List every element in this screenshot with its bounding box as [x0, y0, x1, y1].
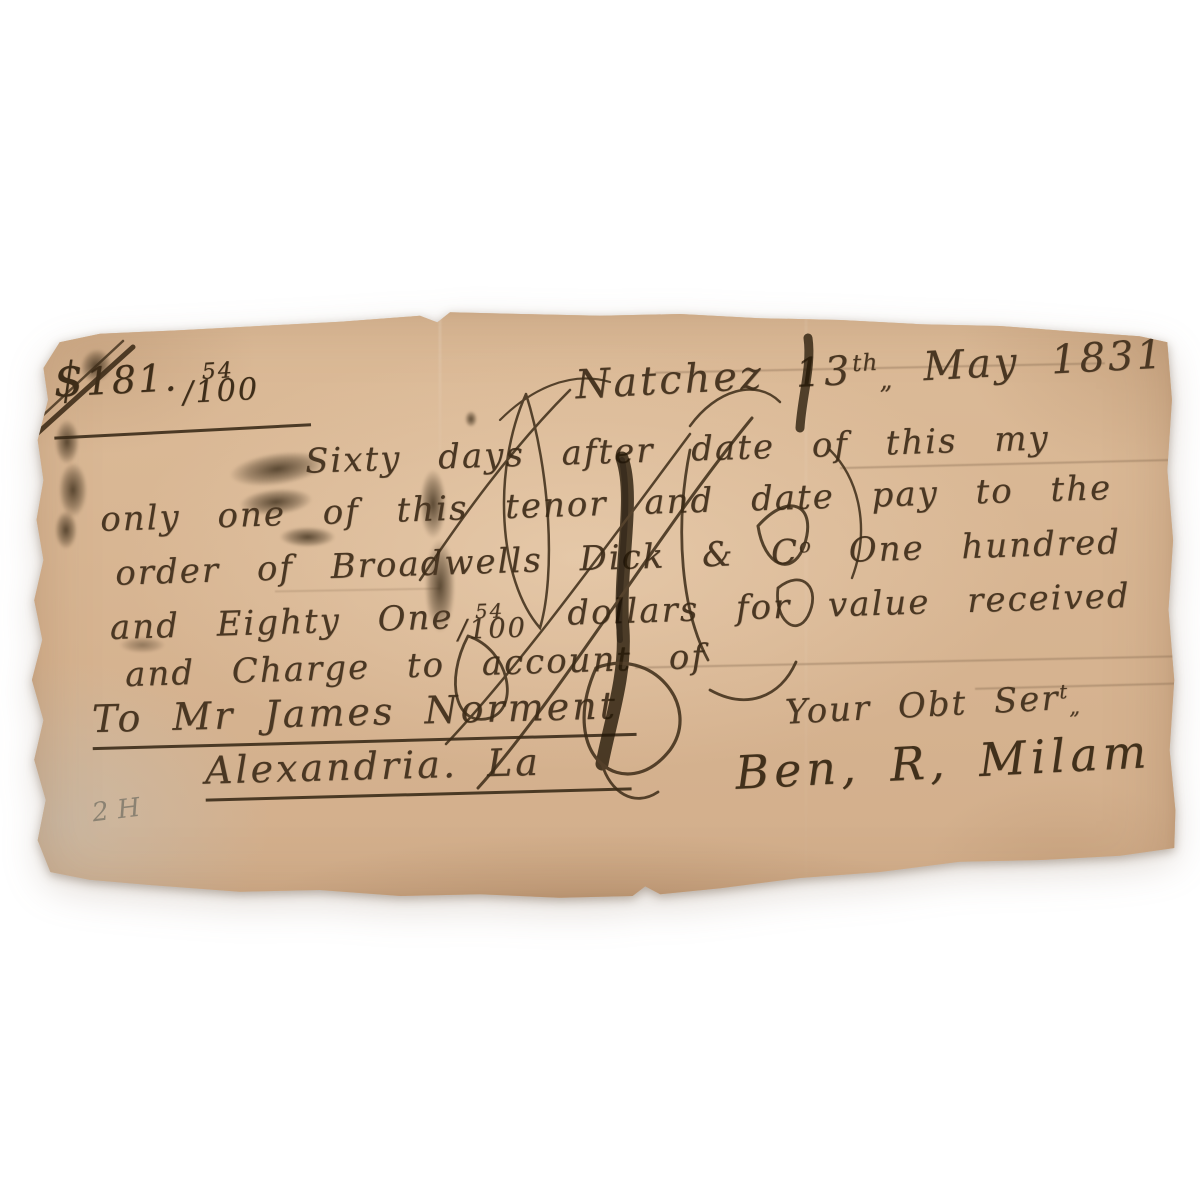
amount-dollars: 181.	[85, 355, 180, 404]
closing-mark: „	[1068, 694, 1080, 720]
amount-fraction: 54/100	[182, 361, 260, 406]
amount-line: $181.54/100	[50, 340, 311, 439]
ink-smudge	[59, 463, 87, 517]
scanned-document-canvas: $181.54/100 Natchez 13th„ May 1831 Sixty…	[0, 0, 1200, 1200]
paper-wrapper: $181.54/100 Natchez 13th„ May 1831 Sixty…	[25, 305, 1180, 905]
currency-symbol: $	[52, 352, 87, 409]
pencil-notation: 2H	[90, 792, 150, 829]
ink-smudge	[55, 511, 77, 549]
closing-sup: t	[1059, 680, 1069, 703]
document-paper: $181.54/100 Natchez 13th„ May 1831 Sixty…	[25, 305, 1180, 905]
date-month-year: May 1831	[922, 332, 1166, 391]
endorsement-signature-overlay	[360, 330, 920, 830]
